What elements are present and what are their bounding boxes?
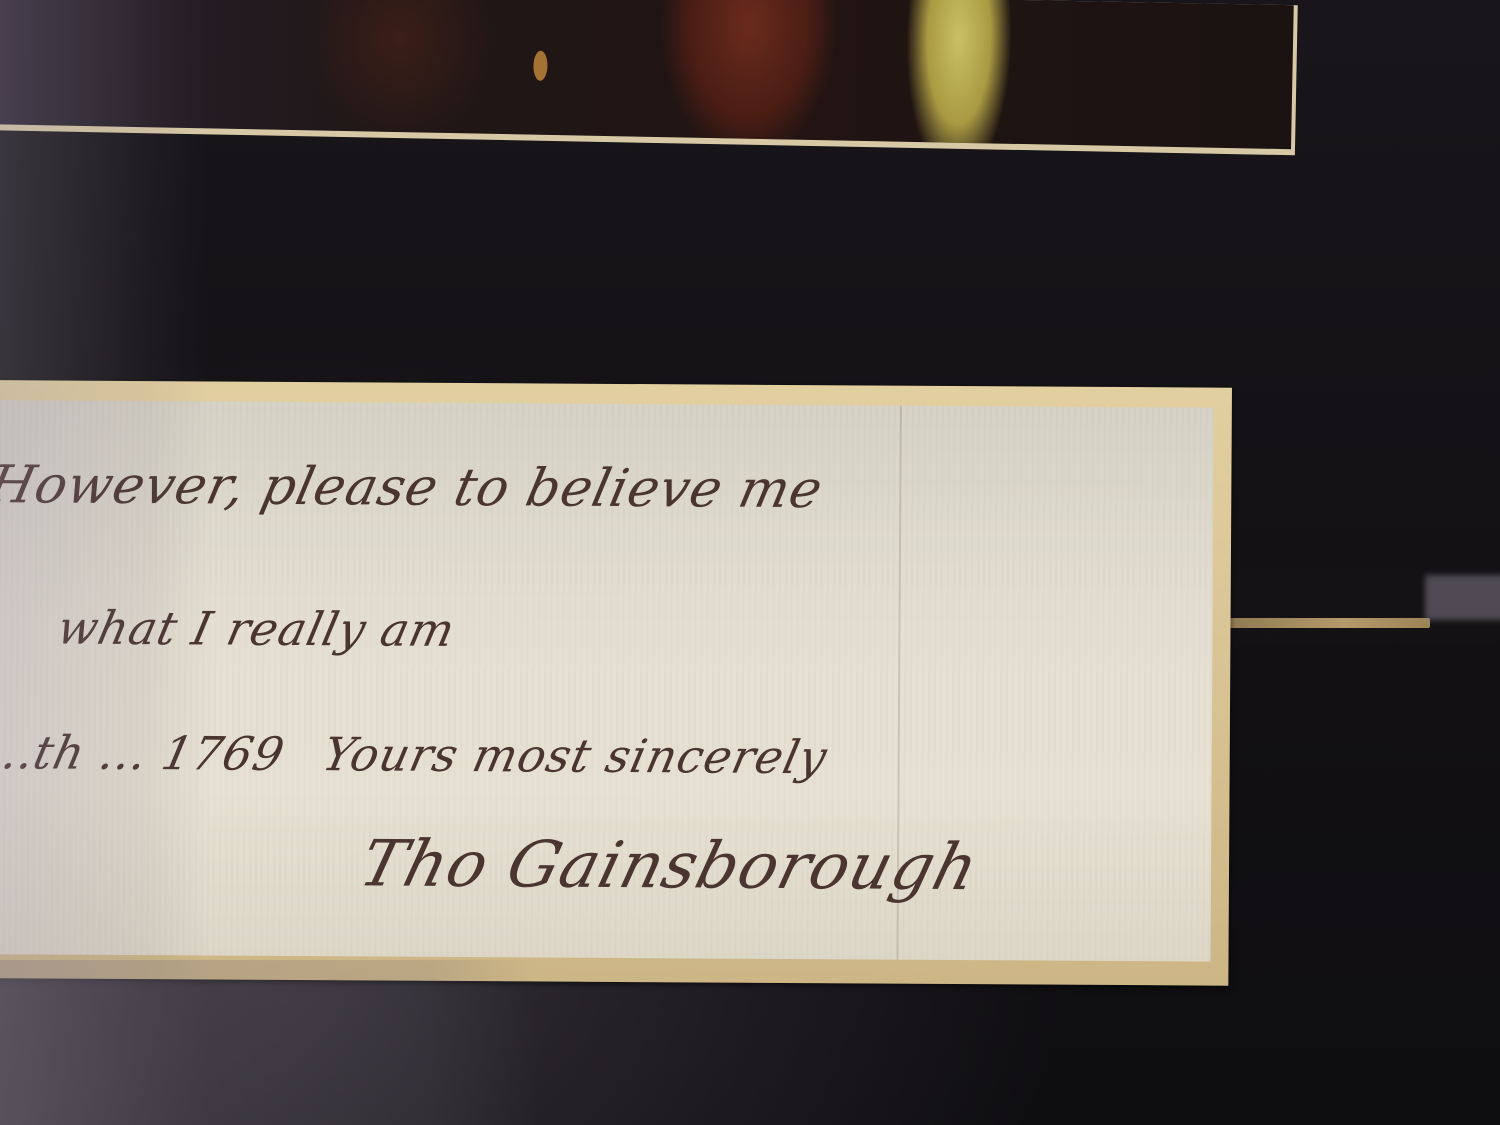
letter-line-1: However, please to believe me xyxy=(0,455,828,520)
glass-glare-bottom xyxy=(0,960,540,1125)
letter-line-2: what I really am xyxy=(53,601,461,657)
signature: Tho Gainsborough xyxy=(353,827,987,905)
painting-mat xyxy=(0,0,1298,155)
shelf-reflection xyxy=(1215,565,1500,650)
letter-date: ...th ... 1769 xyxy=(0,725,290,781)
letter-mat: However, please to believe me what I rea… xyxy=(0,380,1232,986)
reflection-haze xyxy=(1425,575,1500,620)
painting-detail xyxy=(533,51,548,81)
painting-print xyxy=(0,0,1294,149)
letter-line-3: ...th ... 1769Yours most sincerely xyxy=(0,725,833,784)
reflection-bar xyxy=(1215,618,1430,628)
framed-display: However, please to believe me what I rea… xyxy=(0,0,1500,1125)
closing: Yours most sincerely xyxy=(318,727,833,784)
handwritten-letter: However, please to believe me what I rea… xyxy=(0,400,1214,962)
